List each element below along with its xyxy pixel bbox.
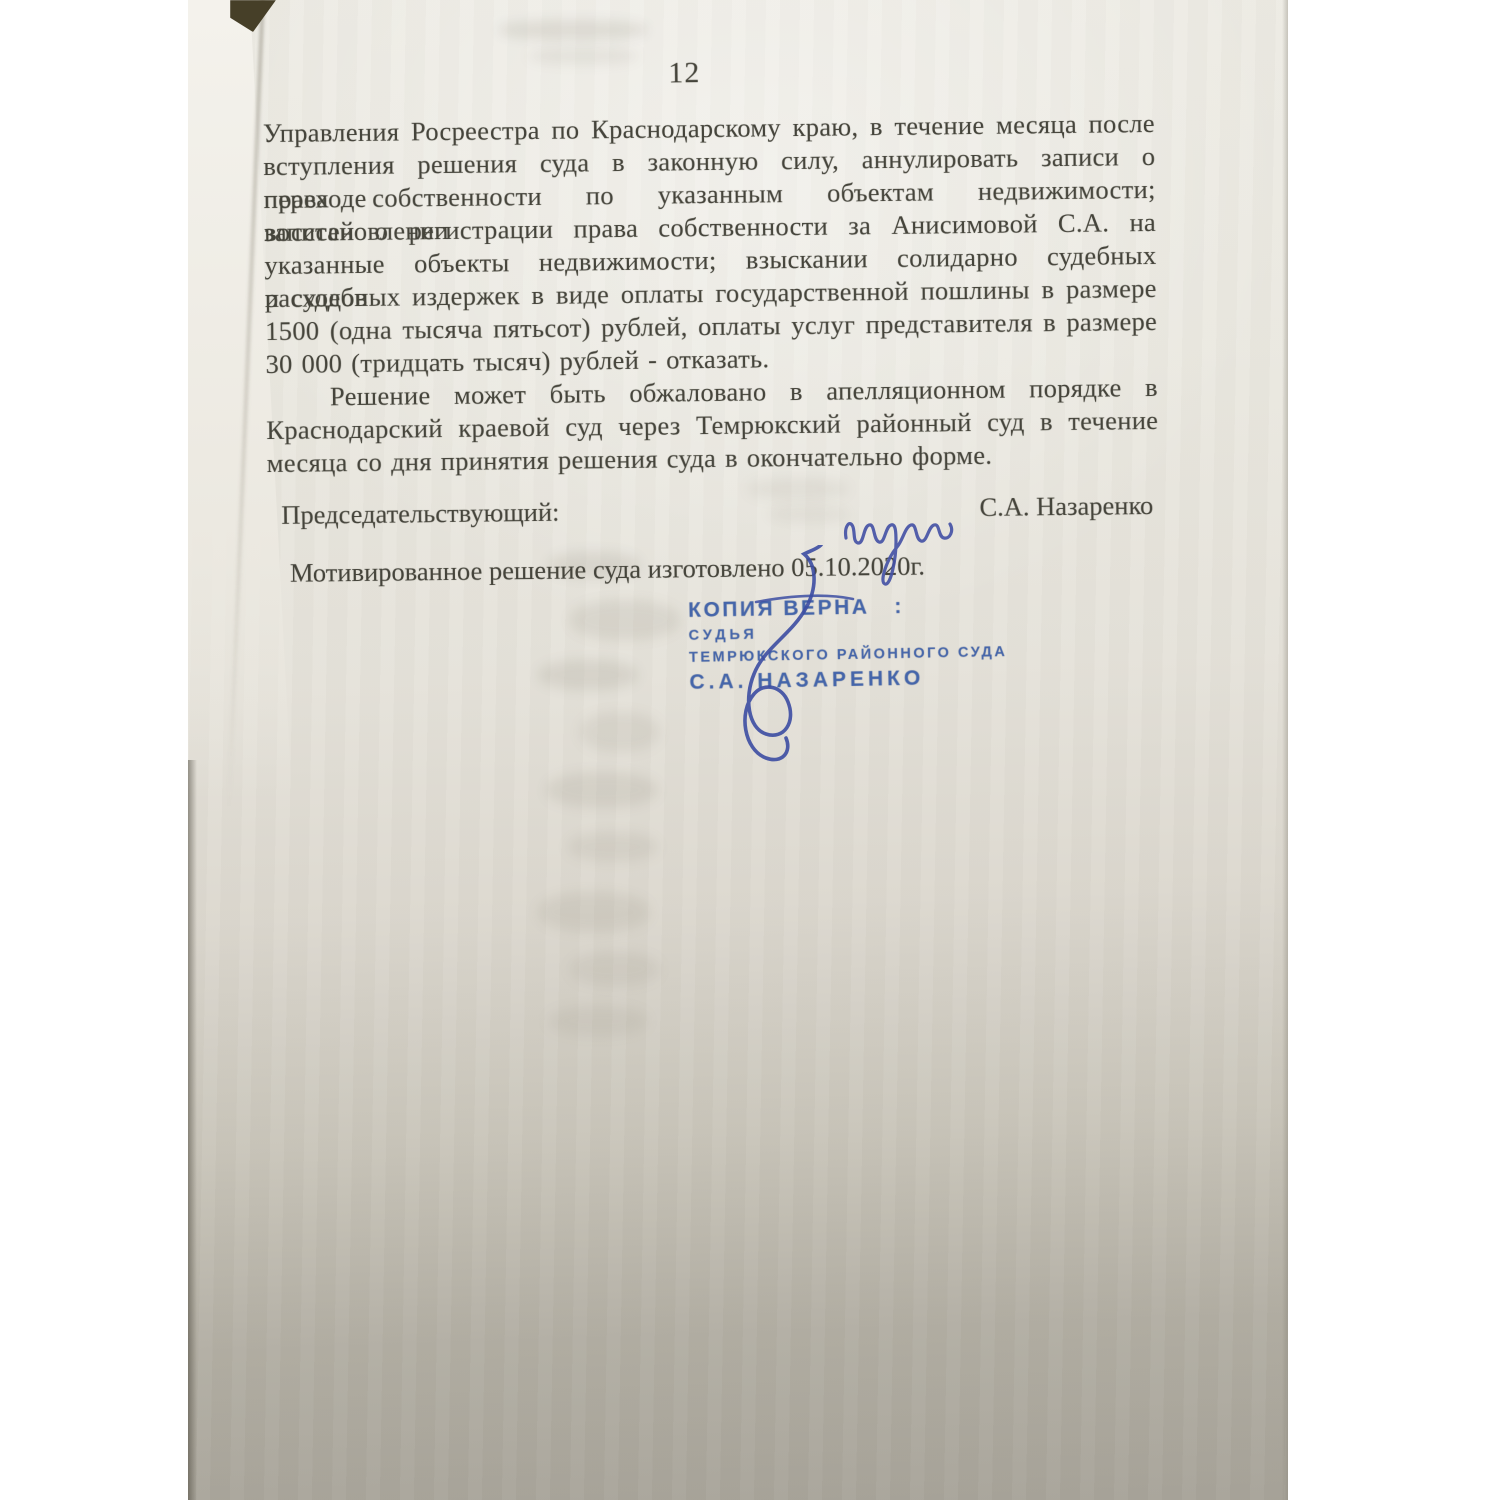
bleed-through-smudge [570,952,660,986]
body-paragraph-2: Решение может быть обжаловано в апелляци… [266,371,1159,480]
stamp-judge-title-line: СУДЬЯ [688,619,1160,644]
signature-row: Председательствующий: С.А. Назаренко [267,488,1159,532]
stamp-copy-verna-line: КОПИЯ ВЕРНА : [688,590,1160,623]
court-decision-page-photo: 12 Управления Росреестра по Краснодарско… [188,0,1288,1500]
bleed-through-smudge [568,832,658,862]
bleed-through-smudge [538,892,650,932]
page-left-edge-shadow [188,760,197,1500]
presiding-label: Председательствующий: [281,495,559,532]
page-number: 12 [238,51,1130,105]
bleed-through-smudge [548,1006,648,1036]
body-paragraph-1: Управления Росреестра по Краснодарскому … [263,107,1158,381]
bleed-through-smudge [498,20,648,40]
bleed-through-smudge [580,712,660,752]
motivated-decision-line: Мотивированное решение суда изготовлено … [268,546,1160,590]
stamp-judge-name-line: С.А. НАЗАРЕНКО [689,662,1161,695]
bleed-through-smudge [546,772,658,808]
copy-certification-stamp: КОПИЯ ВЕРНА : СУДЬЯ ТЕМРЮКСКОГО РАЙОННОГ… [688,590,1162,695]
judge-name: С.А. Назаренко [979,488,1153,524]
page-right-edge-shadow [1282,0,1288,1500]
document-text-block: 12 Управления Росреестра по Краснодарско… [262,41,1161,698]
stamp-court-name-line: ТЕМРЮКСКОГО РАЙОННОГО СУДА [689,641,1161,666]
